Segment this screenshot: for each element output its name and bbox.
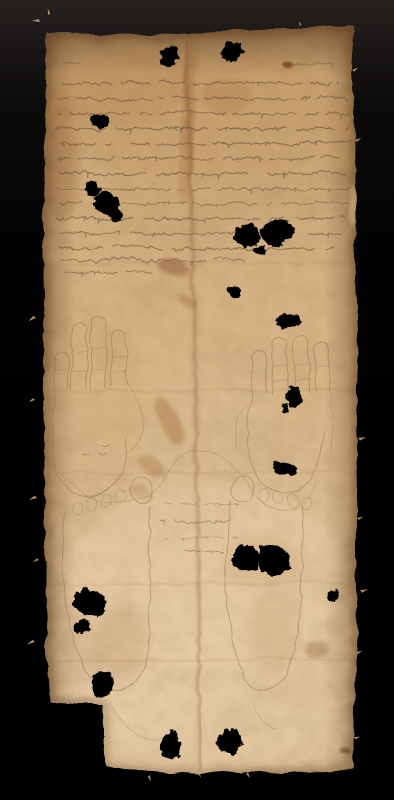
manuscript-photo bbox=[0, 0, 394, 800]
stain bbox=[275, 672, 325, 708]
worm-hole bbox=[325, 587, 337, 597]
stain bbox=[303, 640, 327, 656]
worm-hole bbox=[81, 177, 97, 191]
worm-hole bbox=[229, 542, 257, 568]
photo-stage bbox=[0, 0, 394, 800]
worm-hole bbox=[255, 544, 287, 572]
worm-hole bbox=[233, 221, 257, 243]
stain bbox=[94, 604, 146, 676]
worm-hole bbox=[72, 615, 86, 631]
parchment-sheet bbox=[26, 20, 362, 776]
worm-hole bbox=[276, 400, 286, 408]
worm-hole bbox=[158, 730, 178, 756]
worm-hole bbox=[282, 384, 298, 402]
stain bbox=[270, 330, 350, 510]
worm-hole bbox=[252, 242, 264, 252]
worm-hole bbox=[215, 727, 241, 753]
worm-hole bbox=[106, 207, 120, 219]
worm-hole bbox=[225, 283, 237, 293]
worm-hole bbox=[88, 669, 110, 693]
stain bbox=[246, 588, 298, 668]
